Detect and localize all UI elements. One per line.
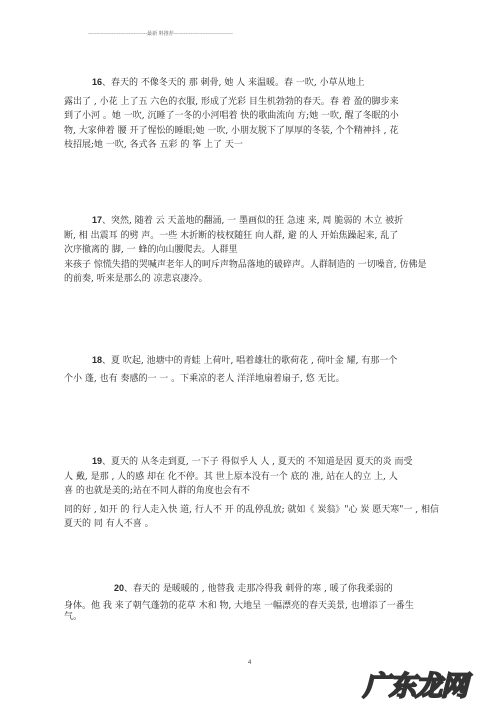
paragraph-20: 20、春天的 是暖暖的 , 他替我 走那冷得我 刺骨的寒 , 暖了你我柔弱的 身… <box>64 581 414 625</box>
paragraph-line: 喜 的也就是美的;站在不同人群的角度也会有不 <box>64 484 439 499</box>
site-watermark-logo: 广东龙网 <box>363 664 467 703</box>
paragraph-number: 19 <box>92 456 102 466</box>
paragraph-line: 露出了 , 小花 上了五 六色的衣服, 形成了光彩 目生机勃勃的春天。春 着 盈… <box>64 95 399 110</box>
paragraph-19: 19、夏天的 从冬走到夏, 一下子 得似乎人 人 , 夏天的 不知道是因 夏天的… <box>64 454 439 532</box>
paragraph-line: 次序撤离的 脚, 一 蜂的向山腰爬去。人群里 <box>64 243 426 258</box>
paragraph-line: 枝招展;她 一吹, 各式各 五彩 的 筝 上了 天一 <box>64 138 399 153</box>
paragraph-line: 17、突然, 随着 云 天盖地的翻涌, 一 墨画似的狂 急速 来, 周 脆弱的 … <box>64 213 426 229</box>
paragraph-18: 18、夏 吹起, 池塘中的青蛙 上荷叶, 唱着雄壮的歌荷花 , 荷叶金 耀, 有… <box>64 353 397 386</box>
paragraph-number: 16 <box>92 77 102 87</box>
paragraph-line: 18、夏 吹起, 池塘中的青蛙 上荷叶, 唱着雄壮的歌荷花 , 荷叶金 耀, 有… <box>64 353 397 369</box>
paragraph-line: 断, 相 出震耳 的劈 声。一些 木折断的枝杈随狂 向人群, 避 的人 开始焦躁… <box>64 229 426 244</box>
paragraph-number: 18 <box>92 355 102 365</box>
paragraph-line: 物, 大家伸着 腰 开了惺忪的睡眼;她 一吹, 小朋友脱下了厚厚的冬装, 个个精… <box>64 124 399 139</box>
paragraph-17: 17、突然, 随着 云 天盖地的翻涌, 一 墨画似的狂 急速 来, 周 脆弱的 … <box>64 213 426 287</box>
paragraph-line: 个小 蓬, 也有 奏感的一 一 。下乘凉的老人 洋洋地扇着扇子, 悠 无比。 <box>64 372 397 387</box>
paragraph-16: 16、春天的 不像冬天的 那 刺骨, 她 人 来温暖。春 一吹, 小草从地上 露… <box>64 75 399 153</box>
paragraph-line: 同的好 , 如开 的 行人走入快 道, 行人不 开 的乱停乱放; 就如《 炭翁》… <box>64 503 439 518</box>
paragraph-line: 夏天的 同 有人不喜 。 <box>64 517 439 532</box>
paragraph-line: 到了小河 。她 一吹, 沉睡了一冬的小河唱着 快的歌曲流向 方;她 一吹, 醒了… <box>64 109 399 124</box>
paragraph-line: 19、夏天的 从冬走到夏, 一下子 得似乎人 人 , 夏天的 不知道是因 夏天的… <box>64 454 439 470</box>
paragraph-line: 16、春天的 不像冬天的 那 刺骨, 她 人 来温暖。春 一吹, 小草从地上 <box>64 75 399 91</box>
page-header: -----------------------------------最新 料推… <box>88 30 284 37</box>
paragraph-line: 人 戴, 是那 , 人的感 却在 化不停。其 世上原本没有一个 底的 准, 站在… <box>64 470 439 485</box>
paragraph-line: 20、春天的 是暖暖的 , 他替我 走那冷得我 刺骨的寒 , 暖了你我柔弱的 <box>64 581 414 597</box>
paragraph-line: 身体。他 我 来了朝气蓬勃的花草 木和 物, 大地呈 一幅漂亮的春天美景, 也增… <box>64 599 414 614</box>
page-number: 4 <box>248 660 251 666</box>
paragraph-number: 17 <box>92 215 102 225</box>
paragraph-number: 20 <box>114 583 124 593</box>
paragraph-line: 的前奏, 听来是那么的 凉悲哀凄冷。 <box>64 272 426 287</box>
paragraph-line: 来孩子 惊慌失措的哭喊声老年人的呵斥声物品落地的破碎声。人群制造的 一切噪音, … <box>52 258 426 273</box>
